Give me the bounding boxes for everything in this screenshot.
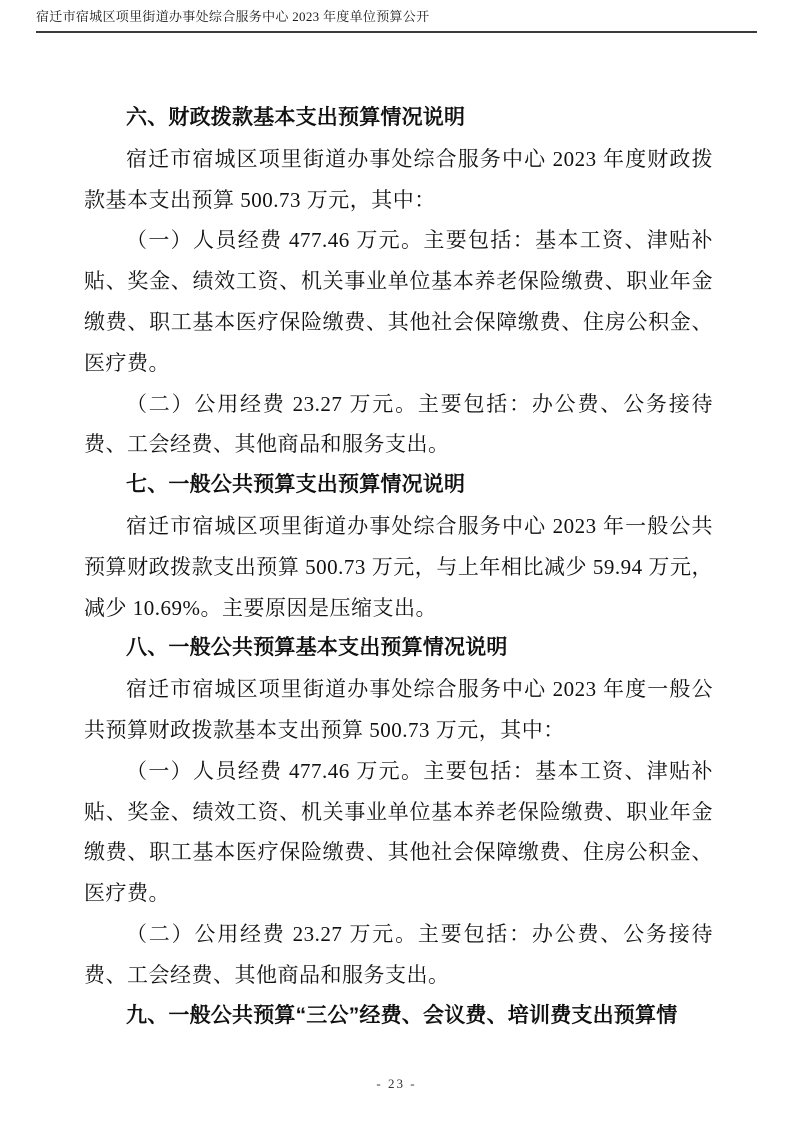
document-page: 宿迁市宿城区项里街道办事处综合服务中心 2023 年度单位预算公开 六、财政拨款… xyxy=(0,0,793,1122)
header-title: 宿迁市宿城区项里街道办事处综合服务中心 2023 年度单位预算公开 xyxy=(36,9,429,24)
paragraph: 宿迁市宿城区项里街道办事处综合服务中心 2023 年度一般公共预算财政拨款基本支… xyxy=(84,669,713,751)
paragraph: （一）人员经费 477.46 万元。主要包括：基本工资、津贴补贴、奖金、绩效工资… xyxy=(84,220,713,383)
section-heading: 六、财政拨款基本支出预算情况说明 xyxy=(84,98,713,139)
document-body: 六、财政拨款基本支出预算情况说明宿迁市宿城区项里街道办事处综合服务中心 2023… xyxy=(84,98,713,1036)
paragraph: 宿迁市宿城区项里街道办事处综合服务中心 2023 年度财政拨款基本支出预算 50… xyxy=(84,139,713,221)
section-heading: 七、一般公共预算支出预算情况说明 xyxy=(84,465,713,506)
page-footer: - 23 - xyxy=(0,1075,793,1093)
paragraph: 宿迁市宿城区项里街道办事处综合服务中心 2023 年一般公共预算财政拨款支出预算… xyxy=(84,506,713,628)
paragraph: （二）公用经费 23.27 万元。主要包括：办公费、公务接待费、工会经费、其他商… xyxy=(84,384,713,466)
page-header: 宿迁市宿城区项里街道办事处综合服务中心 2023 年度单位预算公开 xyxy=(36,8,757,33)
page-number: - 23 - xyxy=(376,1076,416,1091)
section-heading: 八、一般公共预算基本支出预算情况说明 xyxy=(84,628,713,669)
paragraph: （一）人员经费 477.46 万元。主要包括：基本工资、津贴补贴、奖金、绩效工资… xyxy=(84,751,713,914)
paragraph: （二）公用经费 23.27 万元。主要包括：办公费、公务接待费、工会经费、其他商… xyxy=(84,914,713,996)
section-heading: 九、一般公共预算“三公”经费、会议费、培训费支出预算情 xyxy=(84,996,713,1037)
